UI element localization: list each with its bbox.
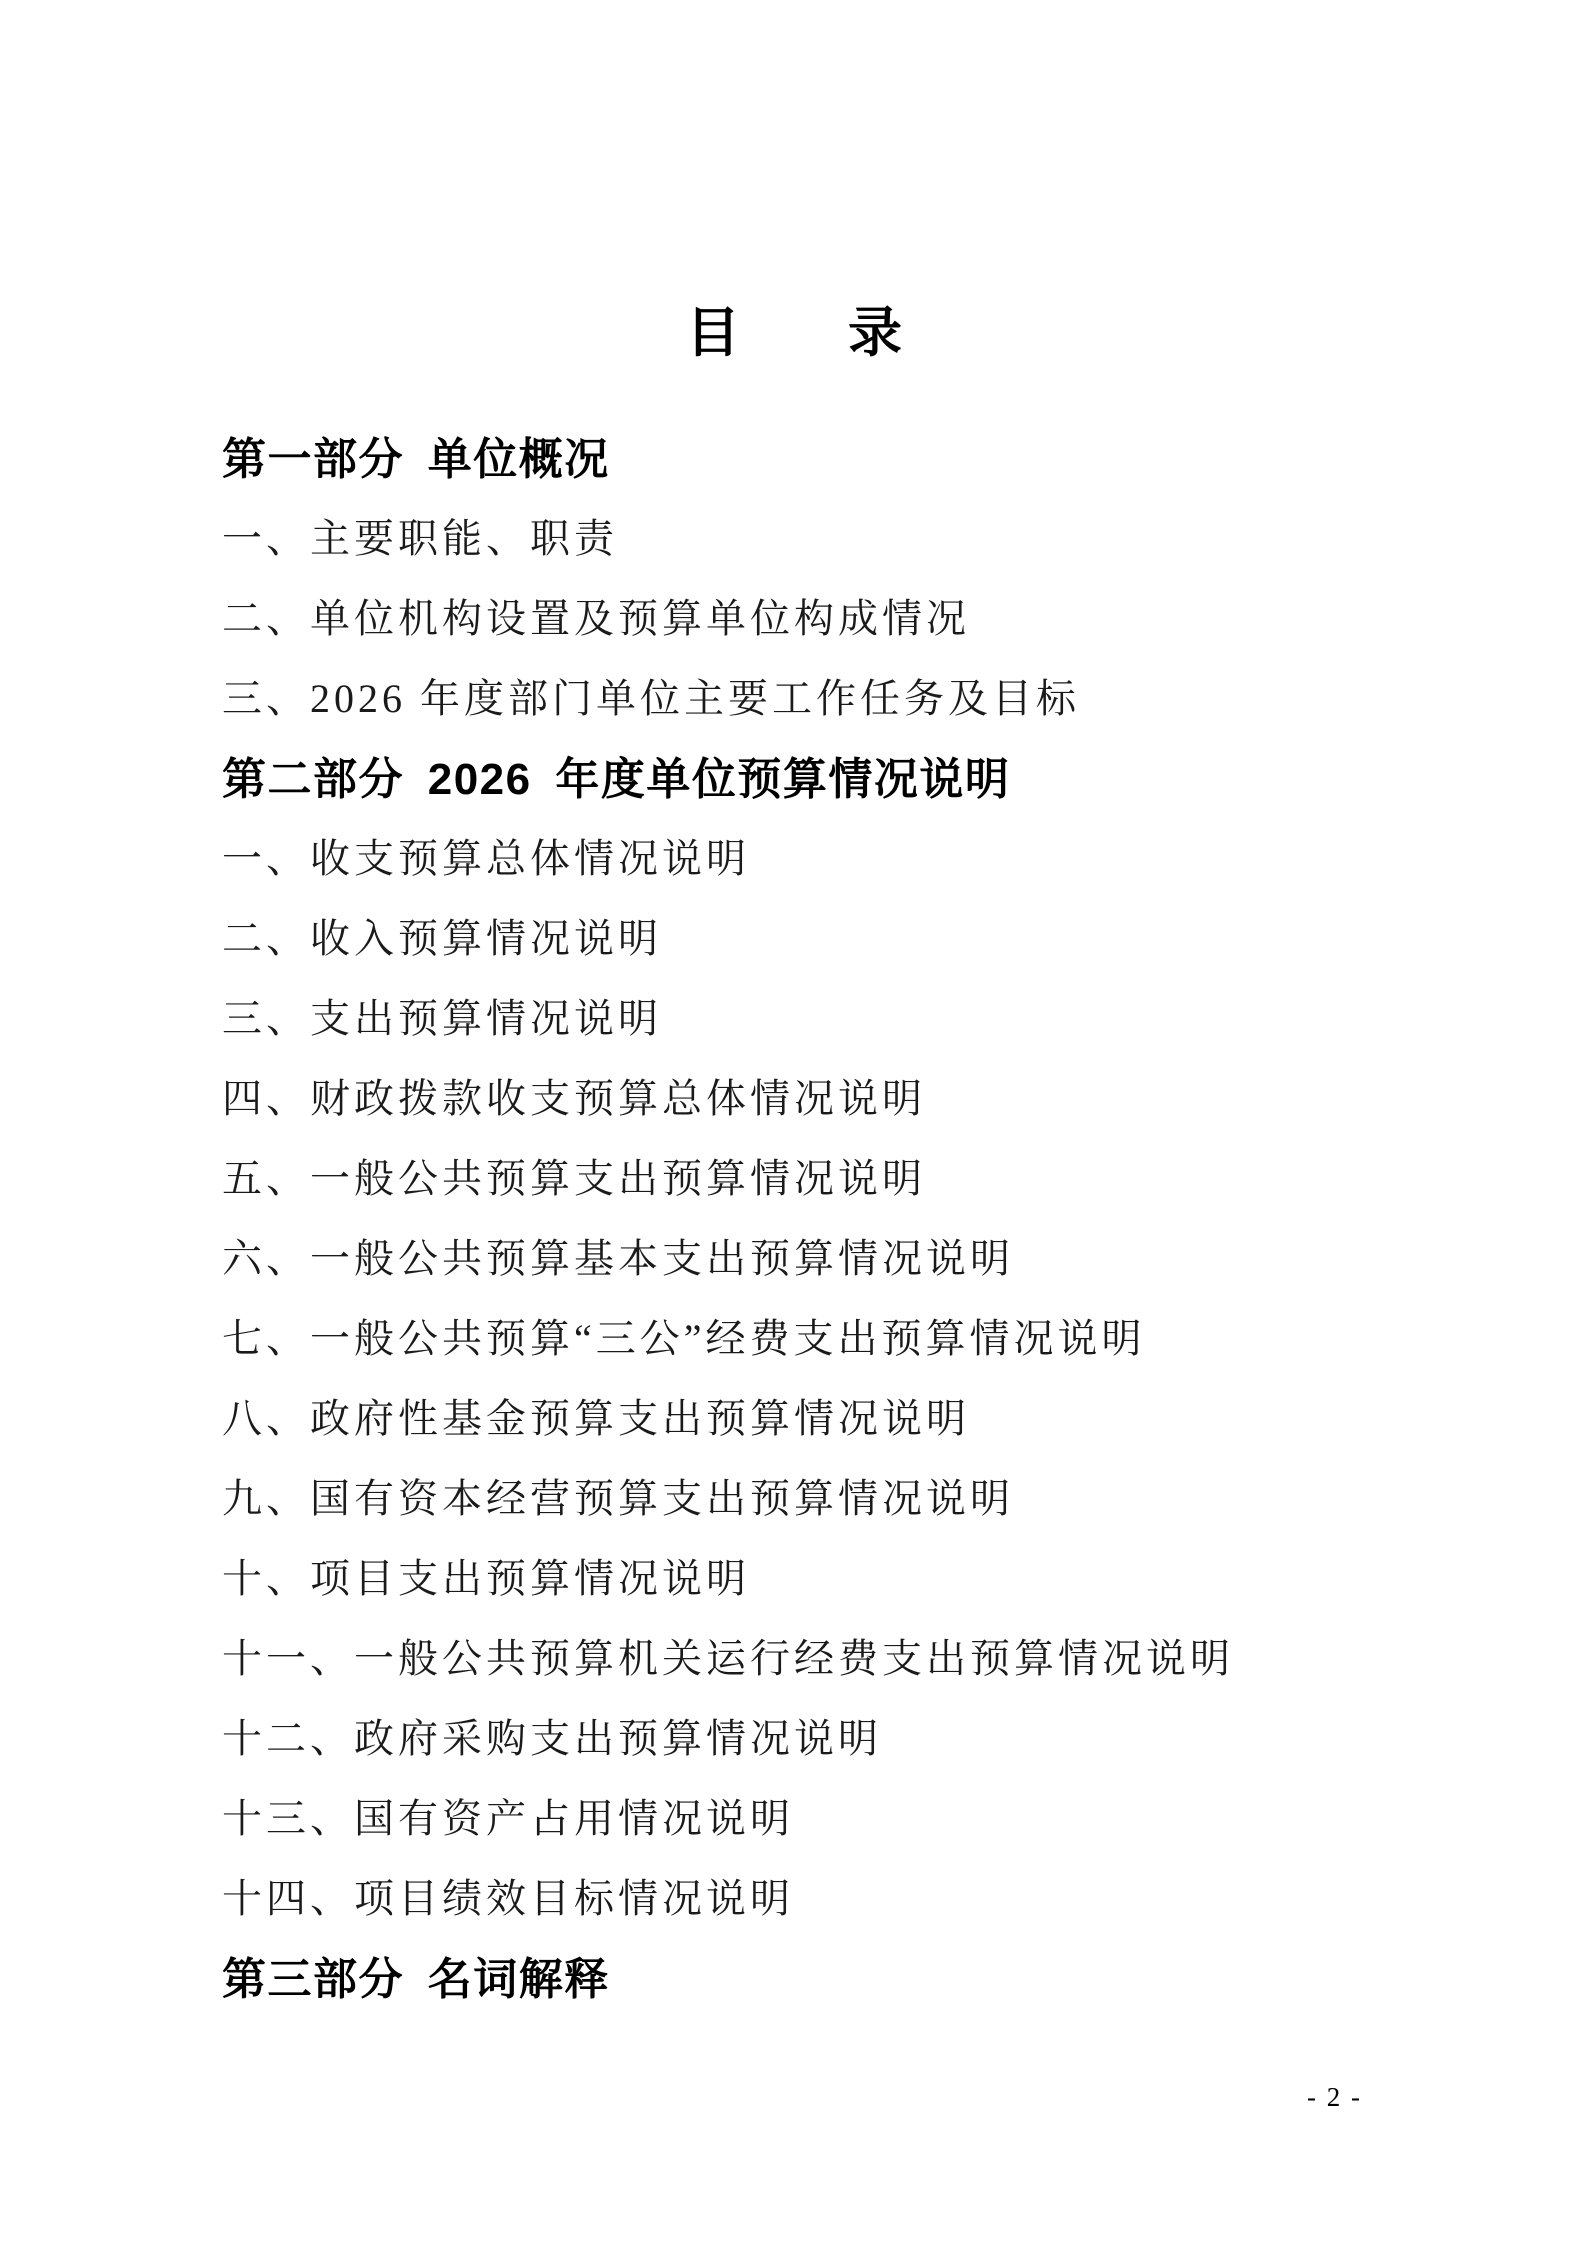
toc-item: 九、国有资本经营预算支出预算情况说明 bbox=[222, 1455, 1388, 1535]
toc-item: 四、财政拨款收支预算总体情况说明 bbox=[222, 1055, 1388, 1135]
toc-item: 十四、项目绩效目标情况说明 bbox=[222, 1855, 1388, 1935]
toc-item: 十三、国有资产占用情况说明 bbox=[222, 1775, 1388, 1855]
toc-item: 三、2026 年度部门单位主要工作任务及目标 bbox=[222, 655, 1388, 735]
toc-item: 十一、一般公共预算机关运行经费支出预算情况说明 bbox=[222, 1615, 1388, 1695]
toc-item: 一、收支预算总体情况说明 bbox=[222, 815, 1388, 895]
toc-item: 一、主要职能、职责 bbox=[222, 495, 1388, 575]
document-page: 目 录 第一部分 单位概况一、主要职能、职责二、单位机构设置及预算单位构成情况三… bbox=[0, 0, 1588, 2245]
toc-item: 五、一般公共预算支出预算情况说明 bbox=[222, 1135, 1388, 1215]
toc-item: 二、收入预算情况说明 bbox=[222, 895, 1388, 975]
toc-item: 七、一般公共预算“三公”经费支出预算情况说明 bbox=[222, 1295, 1388, 1375]
page-number: - 2 - bbox=[1307, 2082, 1362, 2113]
toc-title: 目 录 bbox=[0, 0, 1588, 361]
toc-section-heading: 第一部分 单位概况 bbox=[222, 415, 1388, 495]
toc-section-heading: 第三部分 名词解释 bbox=[222, 1935, 1388, 2015]
toc-section-heading: 第二部分 2026 年度单位预算情况说明 bbox=[222, 735, 1388, 815]
toc-item: 十二、政府采购支出预算情况说明 bbox=[222, 1695, 1388, 1775]
toc-item: 二、单位机构设置及预算单位构成情况 bbox=[222, 575, 1388, 655]
toc-item: 三、支出预算情况说明 bbox=[222, 975, 1388, 1055]
table-of-contents: 第一部分 单位概况一、主要职能、职责二、单位机构设置及预算单位构成情况三、202… bbox=[0, 415, 1588, 2015]
toc-item: 十、项目支出预算情况说明 bbox=[222, 1535, 1388, 1615]
toc-item: 八、政府性基金预算支出预算情况说明 bbox=[222, 1375, 1388, 1455]
toc-item: 六、一般公共预算基本支出预算情况说明 bbox=[222, 1215, 1388, 1295]
